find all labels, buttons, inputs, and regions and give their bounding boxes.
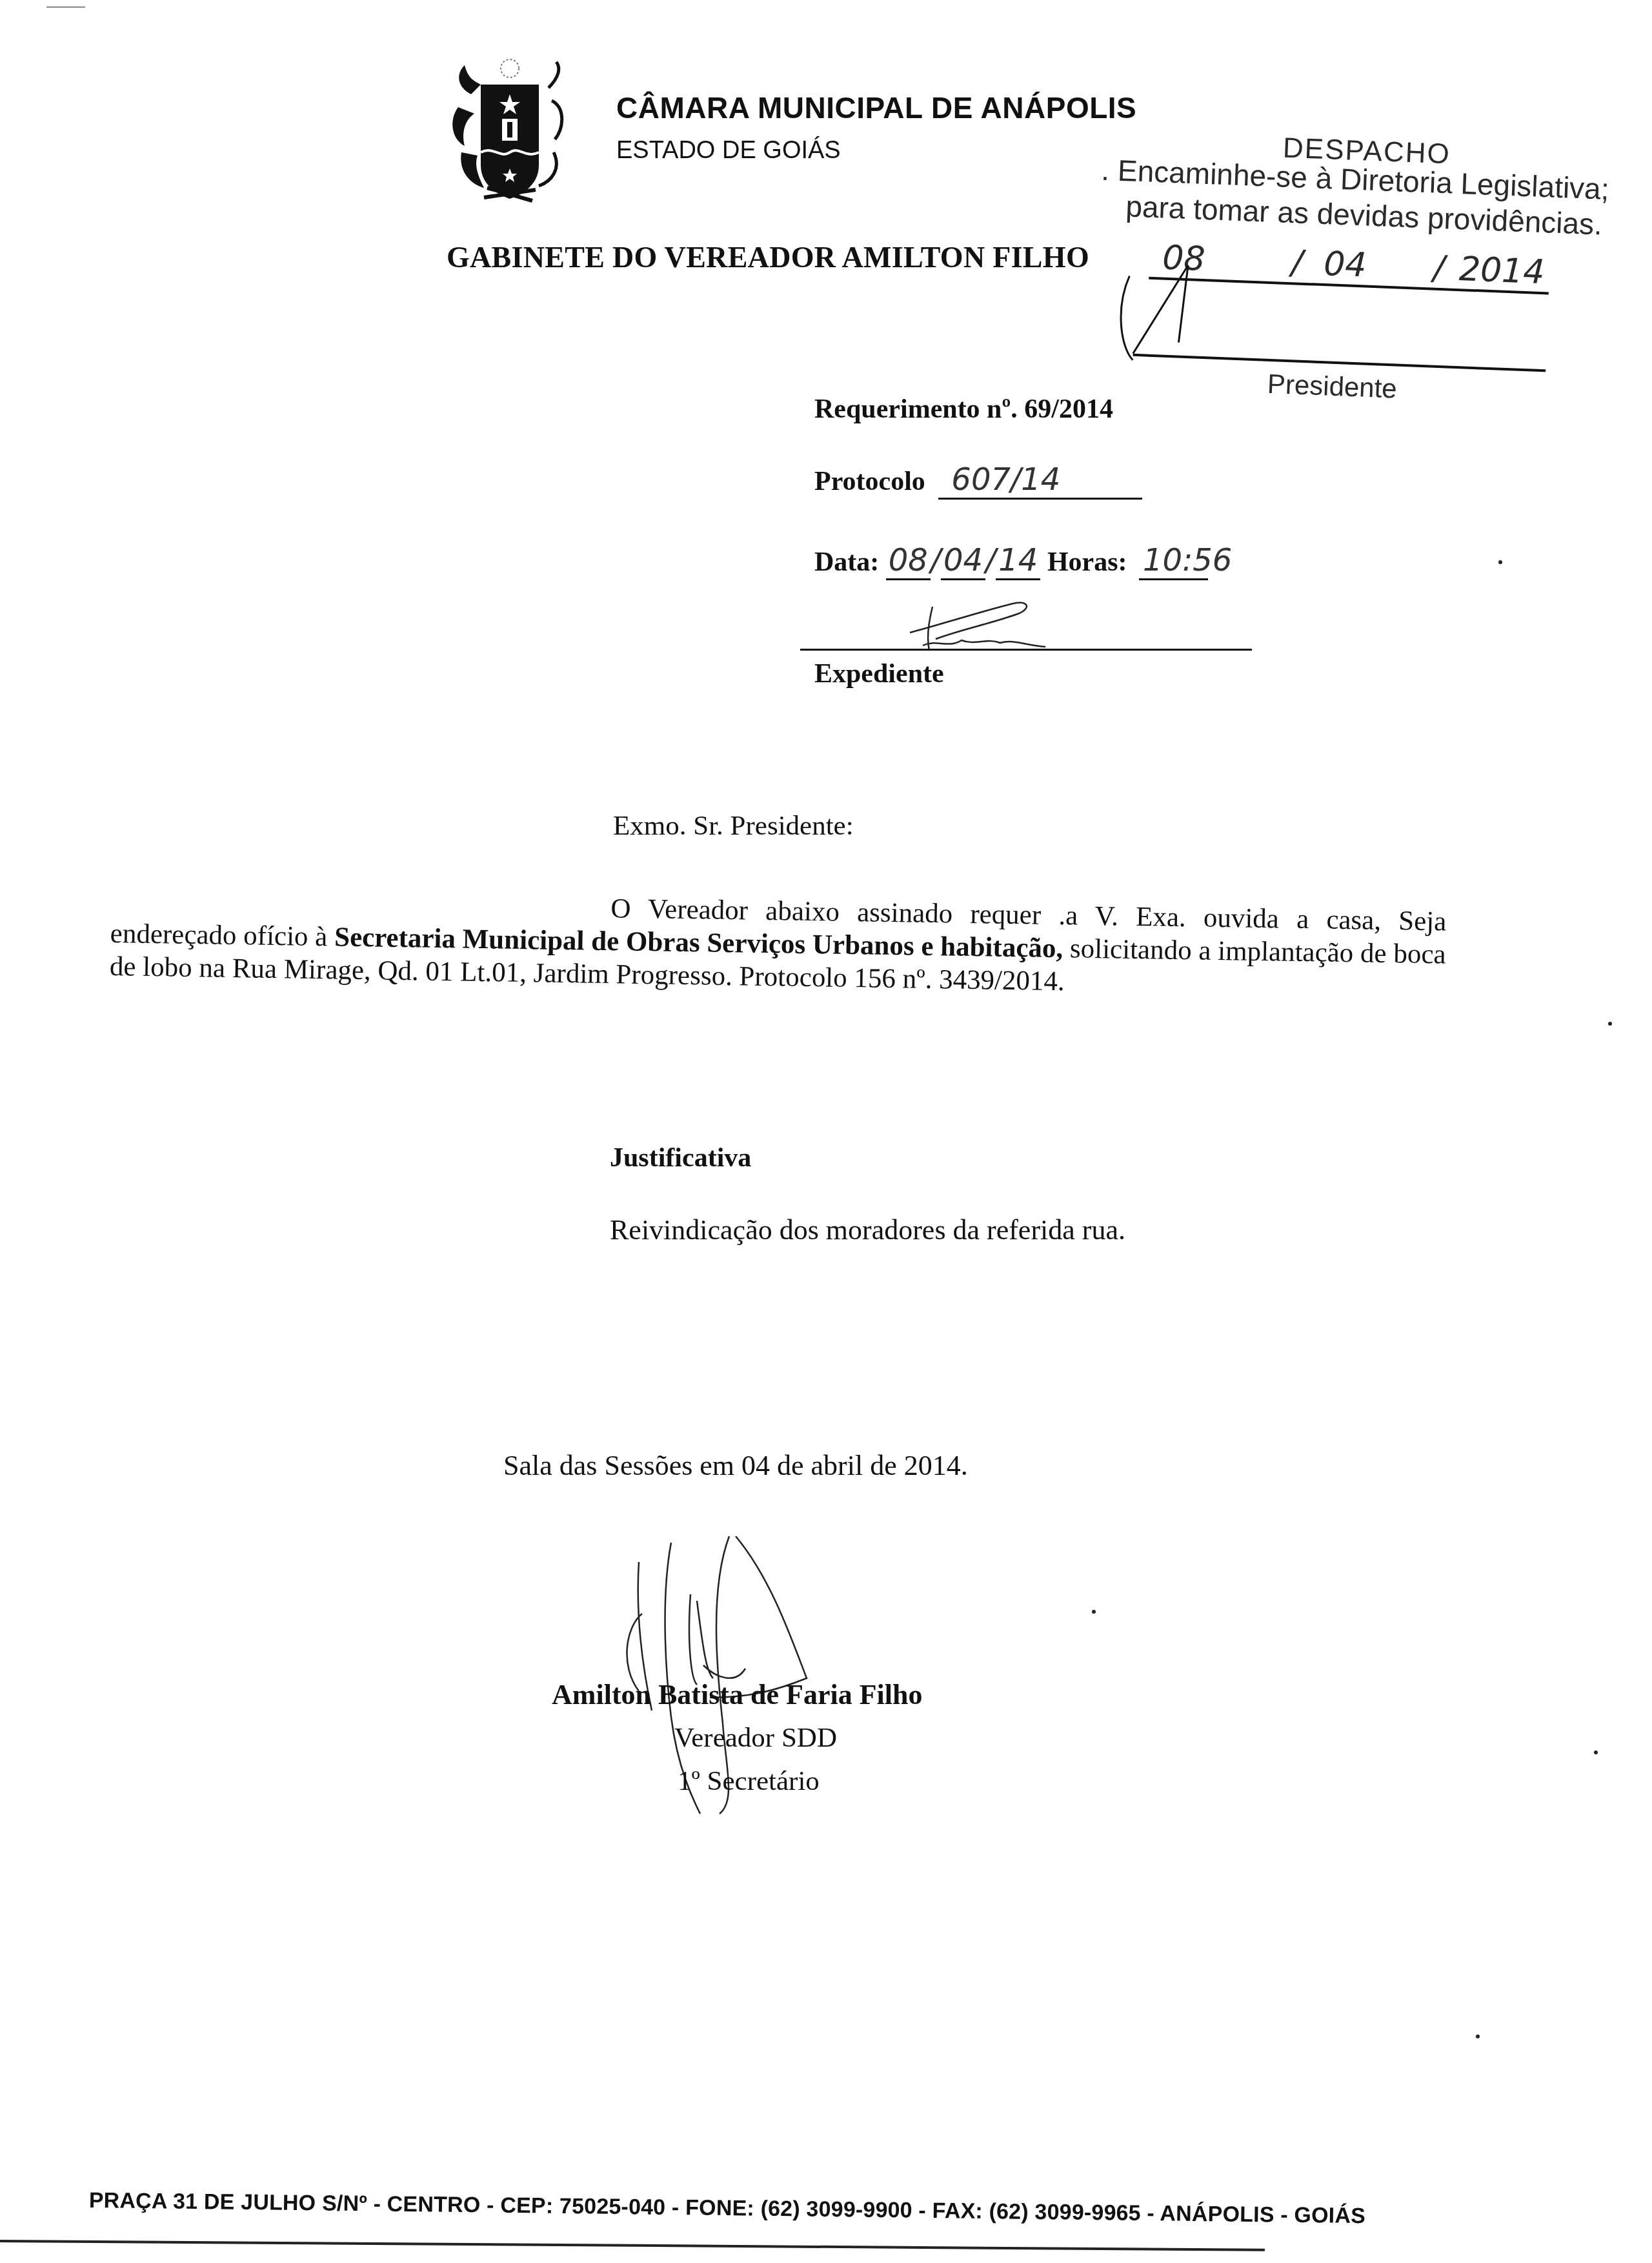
stamp-signature-label: Presidente	[1267, 369, 1397, 405]
despacho-stamp: DESPACHO . Encaminhe-se à Diretoria Legi…	[1079, 113, 1645, 438]
footer-address: PRAÇA 31 DE JULHO S/Nº - CENTRO - CEP: 7…	[89, 2188, 1366, 2229]
stamp-date-sep: /	[1433, 249, 1445, 289]
justification-text: Reivindicação dos moradores da referida …	[610, 1213, 1125, 1246]
scan-artifact	[46, 6, 85, 8]
scan-speck	[1498, 560, 1502, 564]
protocol-row: Protocolo 607/14	[814, 462, 1142, 500]
scan-speck	[1476, 2035, 1480, 2038]
org-state: ESTADO DE GOIÁS	[616, 137, 841, 165]
signer-role: Vereador SDD	[674, 1722, 837, 1754]
date-sep: /	[985, 542, 996, 578]
request-number: Requerimento nº. 69/2014	[814, 394, 1113, 425]
hours-label: Horas:	[1047, 547, 1127, 577]
scan-speck	[1092, 1610, 1096, 1614]
coat-of-arms-icon	[445, 49, 574, 210]
office-heading: GABINETE DO VEREADOR AMILTON FILHO	[447, 240, 1089, 274]
justification-heading: Justificativa	[610, 1142, 751, 1173]
stamp-date-sep: /	[1291, 243, 1304, 283]
date-time-row: Data: 08/04/14 Horas: 10:56	[814, 542, 1208, 580]
footer-divider	[0, 2240, 1265, 2251]
president-signature-icon	[1106, 256, 1240, 390]
expediente-signature-icon	[897, 600, 1065, 652]
closing-date: Sala das Sessões em 04 de abril de 2014.	[503, 1449, 968, 1482]
org-name: CÂMARA MUNICIPAL DE ANÁPOLIS	[616, 90, 1136, 125]
date-sep: /	[931, 542, 941, 578]
protocol-label: Protocolo	[814, 467, 925, 496]
protocol-value: 607/14	[938, 462, 1142, 500]
signer-position: 1º Secretário	[678, 1765, 820, 1797]
stamp-date-year: 2014	[1458, 250, 1546, 292]
date-month: 04	[941, 542, 985, 580]
date-year: 14	[996, 542, 1040, 580]
salutation: Exmo. Sr. Presidente:	[613, 810, 854, 842]
scan-speck	[1608, 1022, 1612, 1026]
scan-speck	[1594, 1751, 1598, 1754]
request-body: O Vereador abaixo assinado requer .a V. …	[110, 884, 1447, 1004]
hours-value: 10:56	[1139, 542, 1208, 580]
stamp-date-month: 04	[1323, 245, 1367, 285]
expediente-label: Expediente	[814, 658, 944, 689]
expediente-signature-line	[800, 649, 1252, 651]
date-day: 08	[886, 542, 931, 580]
signer-name: Amilton Batista de Faria Filho	[552, 1678, 922, 1711]
date-label: Data:	[814, 547, 879, 577]
